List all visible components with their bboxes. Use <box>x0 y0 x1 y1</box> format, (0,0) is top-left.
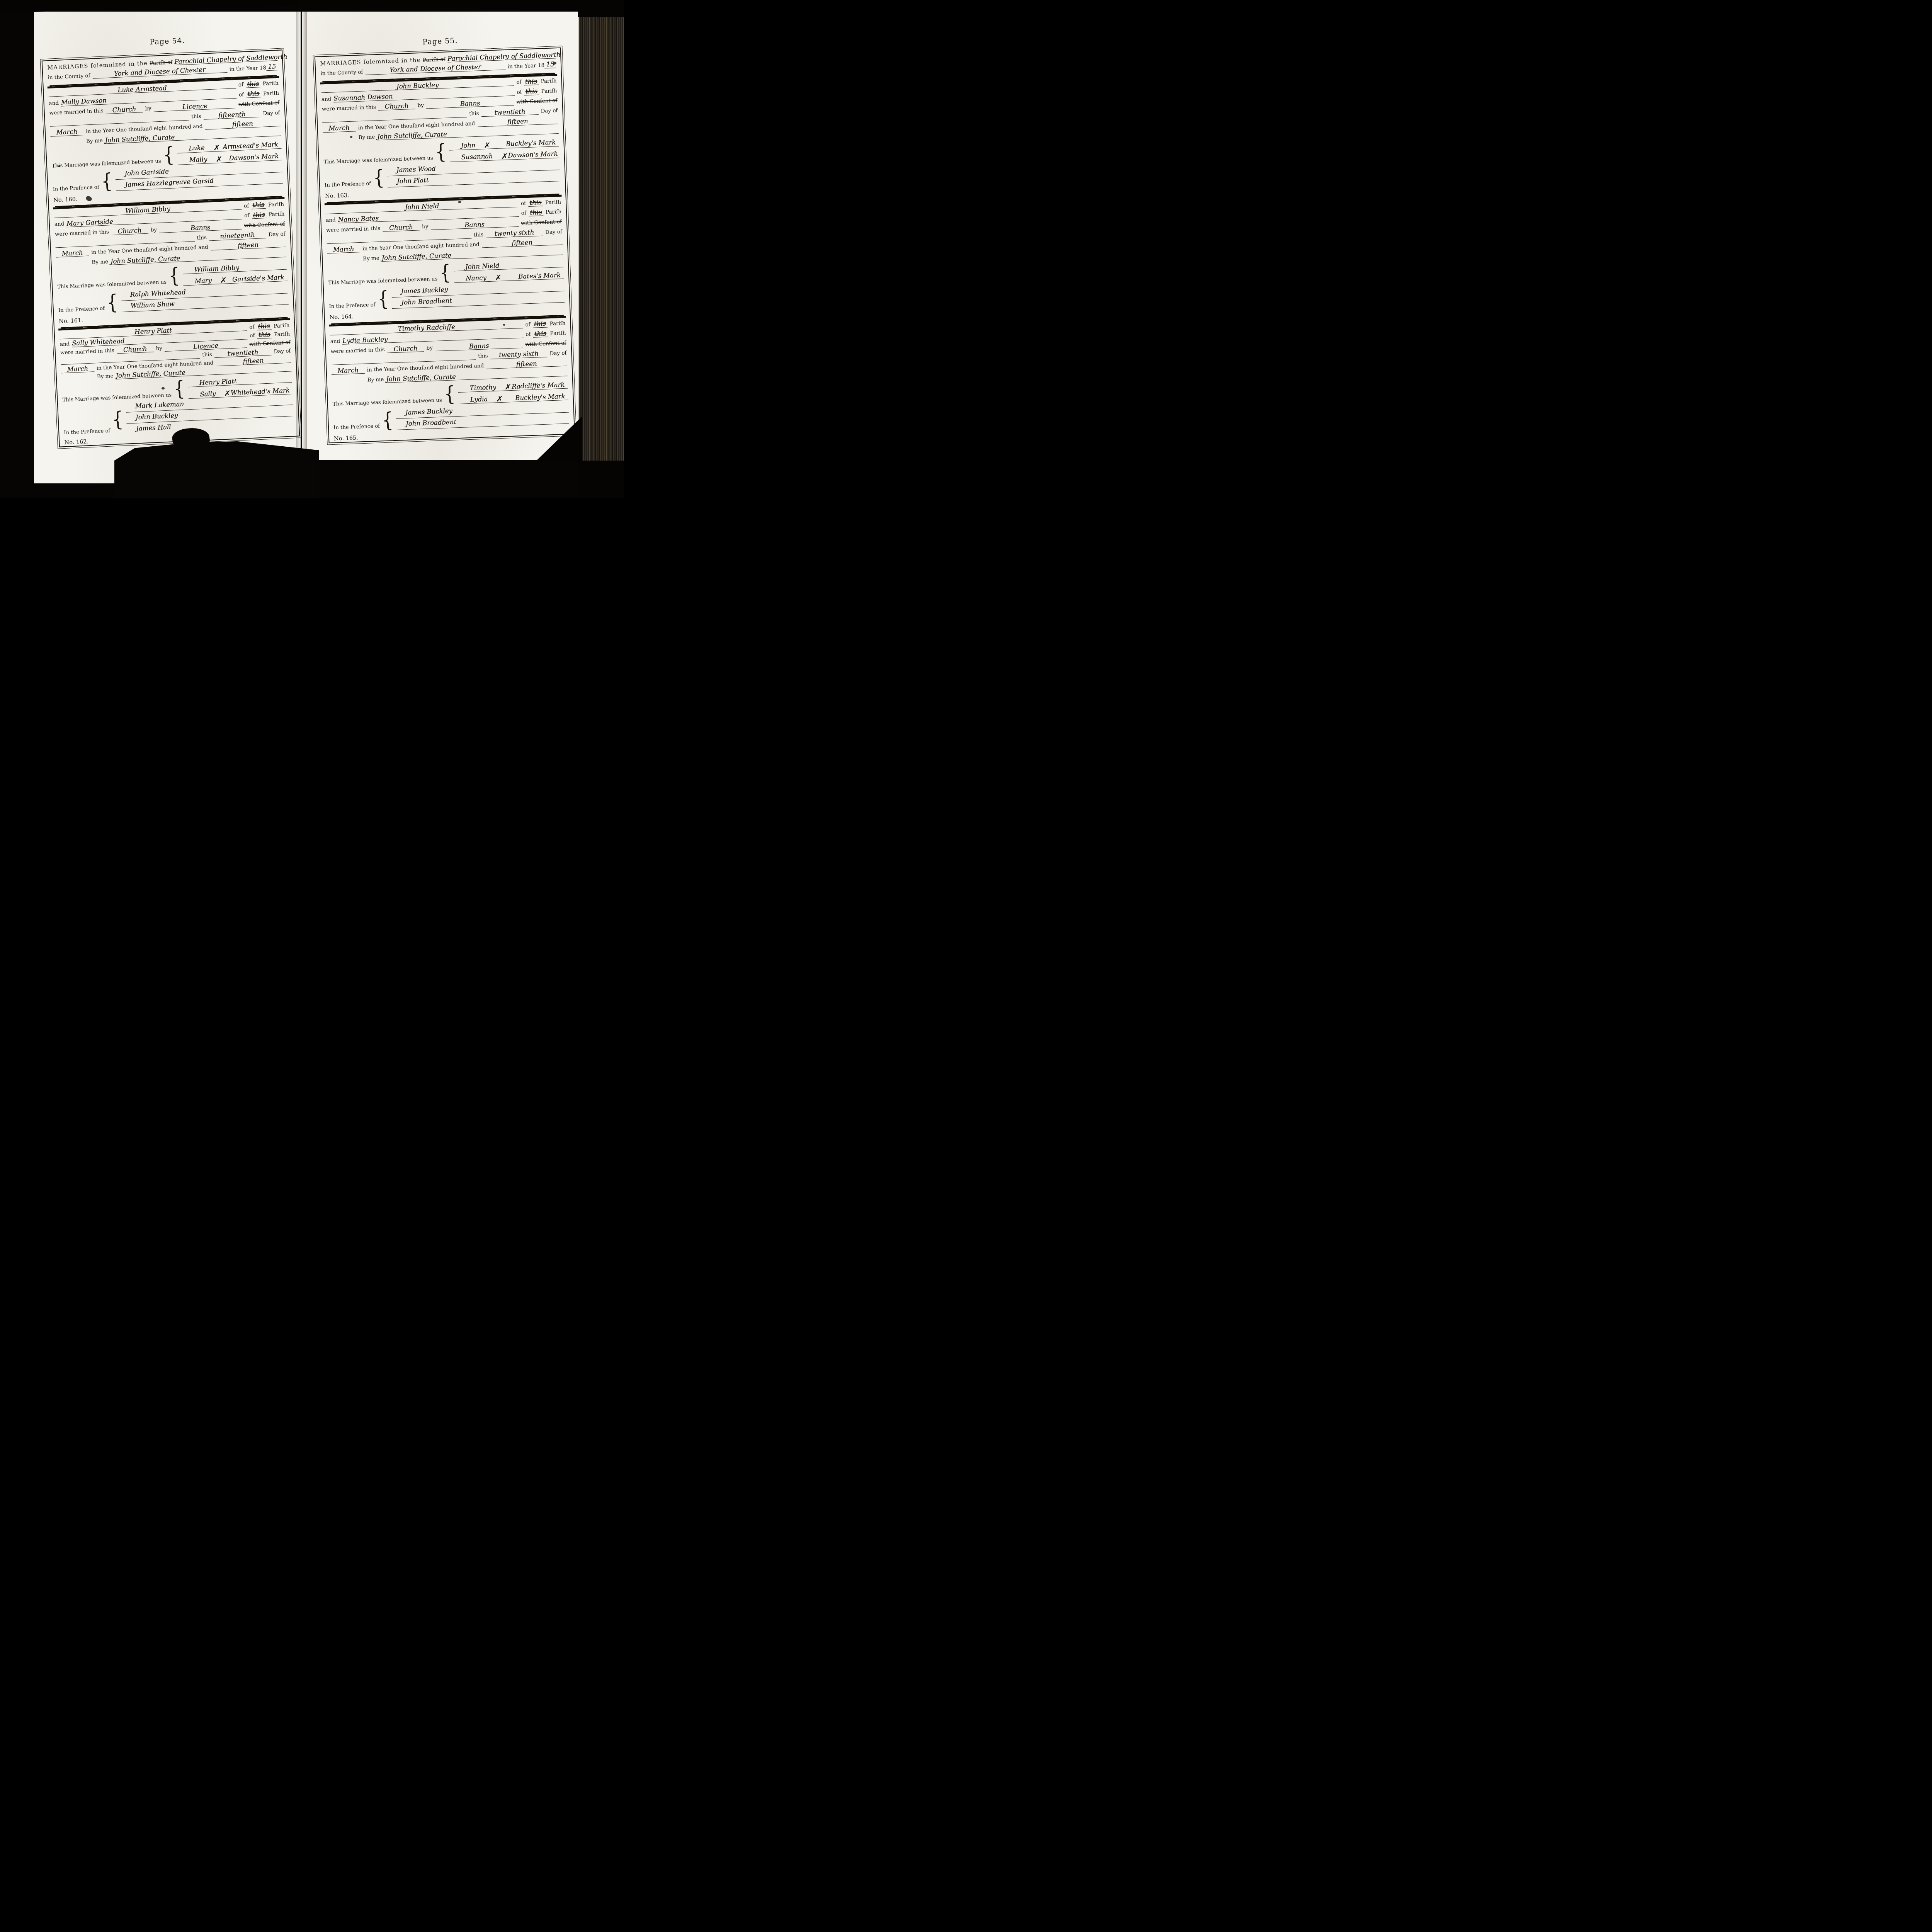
entry-slot: John Buckley of this Pariſh and Susannah… <box>320 74 561 200</box>
party1-name: John <box>461 142 475 149</box>
groom-parish: this <box>246 80 261 88</box>
of-label: of <box>521 200 526 207</box>
by-label: by <box>145 105 151 112</box>
year-prefix-label: in the Year 18 <box>229 65 266 72</box>
party2-name: Susannah <box>461 153 493 161</box>
church-field: Church <box>383 223 420 232</box>
day-field: twenty sixth <box>490 350 548 359</box>
church-field: Church <box>378 102 415 111</box>
party2-name: Lydia <box>470 396 488 403</box>
parties-signatures: Timothy✗Radcliffe's Mark Lydia✗Buckley's… <box>458 379 568 404</box>
page-54: Page 54. MARRIAGES ſolemnized in the Par… <box>34 12 301 483</box>
entry-slot: William Bibby of this Pariſh and Mary Ga… <box>53 197 290 325</box>
parish-label: Pariſh <box>541 78 557 85</box>
parish-of-struck-label: Pariſh of <box>423 56 446 63</box>
brace-icon: { <box>439 264 452 282</box>
parish-label: Pariſh <box>545 199 561 206</box>
parish-of-struck-label: Pariſh of <box>150 60 172 67</box>
groom-parish: this <box>524 78 539 85</box>
entry-slot: Timothy Radcliffe of this Pariſh and Lyd… <box>329 316 570 442</box>
parish-label: Pariſh <box>263 80 279 87</box>
this-label: this <box>191 113 201 120</box>
year-field: 15 <box>266 63 278 71</box>
ink-speck <box>458 201 461 203</box>
witness-signatures: James BuckleyJohn Broadbent <box>396 403 569 430</box>
by-me-label: By me <box>358 134 375 141</box>
x-mark-icon: ✗ <box>224 390 231 396</box>
register-book-scan: Page 54. MARRIAGES ſolemnized in the Par… <box>0 0 624 498</box>
x-mark-icon: ✗ <box>216 156 223 162</box>
party2-mark-label: Gartside's Mark <box>232 274 284 283</box>
presence-label: In the Preſence of <box>64 428 111 437</box>
day-field: twentieth <box>481 108 539 117</box>
party2-name: Mally <box>189 156 207 163</box>
married-prefix-label: were married in this <box>331 347 385 355</box>
and-label: and <box>49 100 59 107</box>
day-field: twenty sixth <box>486 229 543 238</box>
brace-icon: { <box>435 143 447 160</box>
witness-signatures: Mark LakemanJohn BuckleyJames Hall <box>126 396 294 435</box>
day-field: fifteenth <box>203 110 261 120</box>
brace-icon: { <box>444 385 456 403</box>
day-of-label: Day of <box>549 350 567 357</box>
party2-mark-label: Dawson's Mark <box>229 153 279 162</box>
x-mark-icon: ✗ <box>505 384 512 390</box>
party2-mark-label: Bates's Mark <box>518 272 561 280</box>
month-field: March <box>56 249 89 258</box>
parish-label: Pariſh <box>541 88 557 95</box>
brace-icon: { <box>106 293 119 311</box>
by-me-label: By me <box>97 373 114 380</box>
year-word-field: fifteen <box>210 240 286 251</box>
of-label: of <box>521 210 527 217</box>
spacer <box>323 141 356 143</box>
of-label: of <box>244 202 249 209</box>
marriage-record: Luke Armstead of this Pariſh and Mally D… <box>48 78 284 205</box>
married-prefix-label: were married in this <box>60 347 115 356</box>
marriage-record: Timothy Radcliffe of this Pariſh and Lyd… <box>329 319 571 443</box>
consent-struck-label: with Conſent of <box>525 340 566 348</box>
marriage-record: Henry Platt of this Pariſh and Sally Whi… <box>58 321 295 447</box>
consent-struck-label: with Conſent of <box>249 339 291 348</box>
consent-struck-label: with Conſent of <box>244 221 285 230</box>
ink-speck <box>266 343 268 345</box>
bride-parish: this <box>533 330 548 338</box>
by-method-field: Banns <box>435 341 523 351</box>
spacer <box>51 145 84 146</box>
witness-signatures: John GartsideJames Hazzlegreave Garsid <box>115 163 283 191</box>
page-number-label: Page 54. <box>34 31 301 51</box>
register-form-frame: MARRIAGES ſolemnized in the Pariſh of Pa… <box>315 48 575 444</box>
spacer <box>328 262 361 264</box>
solemnized-label: This Marriage was ſolemnized between us <box>328 276 437 287</box>
of-label: of <box>517 89 522 95</box>
year-word-field: fifteen <box>486 359 567 369</box>
book-gutter-shadow <box>296 12 307 483</box>
party2-mark-label: Buckley's Mark <box>515 393 565 401</box>
of-label: of <box>239 92 244 99</box>
parish-label: Pariſh <box>263 90 279 97</box>
of-label: of <box>516 79 522 85</box>
parties-signatures: John✗Buckley's Mark Susannah✗Dawson's Ma… <box>449 137 560 162</box>
x-mark-icon: ✗ <box>484 142 491 148</box>
scan-black-edge-top-left <box>0 0 301 13</box>
by-label: by <box>422 224 429 231</box>
bride-parish: this <box>524 88 539 95</box>
spacer <box>61 381 95 382</box>
ink-speck <box>503 324 505 326</box>
by-method-field: Banns <box>430 220 519 230</box>
solemnized-label: This Marriage was ſolemnized between us <box>324 155 433 167</box>
month-field: March <box>50 128 84 136</box>
spacer <box>56 266 90 268</box>
record-number: No. 160. <box>53 196 78 204</box>
consent-struck-label: with Conſent of <box>238 100 280 108</box>
brace-icon: { <box>112 410 124 428</box>
parties-signatures: John Nield Nancy✗Bates's Mark <box>454 258 564 283</box>
of-label: of <box>238 82 243 88</box>
year-prefix-label: in the Year 18 <box>507 62 544 70</box>
year-word-field: fifteen <box>481 238 563 248</box>
brace-icon: { <box>382 411 395 429</box>
x-mark-icon: ✗ <box>220 277 227 284</box>
party1-name: Luke <box>189 145 205 152</box>
entry-slot: Luke Armstead of this Pariſh and Mally D… <box>48 76 284 204</box>
married-prefix-label: were married in this <box>322 104 376 113</box>
witness-signatures: James BuckleyJohn Broadbent <box>391 282 565 309</box>
brace-icon: { <box>163 146 175 163</box>
parties-signatures: William Bibby Mary✗Gartside's Mark <box>182 260 287 286</box>
day-of-label: Day of <box>545 229 563 236</box>
party2-line: Mally✗Dawson's Mark <box>177 150 282 165</box>
day-of-label: Day of <box>268 231 286 238</box>
parties-signatures: Henry Platt Sally✗Whitehead's Mark <box>187 373 293 399</box>
parish-label: Pariſh <box>269 211 285 218</box>
county-prefix-label: in the County of <box>48 73 90 81</box>
this-label: this <box>478 353 488 360</box>
and-label: and <box>60 341 70 348</box>
of-label: of <box>526 331 531 338</box>
presence-label: In the Preſence of <box>333 423 380 432</box>
this-label: this <box>202 352 212 359</box>
and-label: and <box>54 221 65 228</box>
by-me-label: By me <box>367 376 384 384</box>
brace-icon: { <box>377 290 390 308</box>
party2-line: Nancy✗Bates's Mark <box>454 269 564 283</box>
parties-signatures: Luke✗Armstead's Mark Mally✗Dawson's Mark <box>177 139 282 165</box>
record-number: No. 161. <box>59 318 83 325</box>
parish-label: Pariſh <box>274 322 290 330</box>
church-field: Church <box>116 345 154 354</box>
ink-speck <box>58 165 60 167</box>
entry-slot: John Nield of this Pariſh and Nancy Bate… <box>325 195 566 321</box>
party1-name: Henry Platt <box>199 378 237 386</box>
groom-parish: this <box>532 320 548 328</box>
day-field: nineteenth <box>209 231 266 241</box>
groom-parish: this <box>251 201 266 209</box>
x-mark-icon: ✗ <box>496 396 503 402</box>
consent-struck-label: with Conſent of <box>516 97 558 105</box>
party1-name: Timothy <box>469 384 496 391</box>
consent-struck-label: with Conſent of <box>521 219 562 227</box>
bride-parish: this <box>257 331 272 339</box>
ink-speck <box>162 387 165 389</box>
this-label: this <box>473 231 483 238</box>
county-prefix-label: in the County of <box>320 69 363 77</box>
year-word-field: fifteen <box>205 119 281 129</box>
married-prefix-label: were married in this <box>55 229 109 238</box>
groom-parish: this <box>528 199 543 207</box>
bride-parish: this <box>252 211 267 219</box>
brace-icon: { <box>168 267 181 284</box>
bride-parish: this <box>529 209 544 217</box>
chapelry-field: Parochial Chapelry of Saddleworth <box>447 51 556 63</box>
party1-mark-label: Armstead's Mark <box>223 141 278 150</box>
day-of-label: Day of <box>541 107 558 115</box>
of-label: of <box>249 324 255 331</box>
parish-label: Pariſh <box>550 330 566 337</box>
married-prefix-label: were married in this <box>49 108 104 117</box>
record-number: No. 162. <box>64 439 88 446</box>
party1-line: John Nield <box>454 258 564 271</box>
month-field: March <box>322 124 356 133</box>
register-form-frame: MARRIAGES ſolemnized in the Pariſh of Pa… <box>42 49 300 447</box>
book-page-stack-edge <box>578 0 624 498</box>
married-prefix-label: were married in this <box>326 225 380 234</box>
x-mark-icon: ✗ <box>501 153 508 159</box>
by-me-label: By me <box>363 255 379 262</box>
ink-blot <box>114 441 319 498</box>
year-line-label: in the Year One thouſand eight hundred a… <box>367 363 484 374</box>
month-field: March <box>61 365 95 373</box>
presence-label: In the Preſence of <box>58 306 105 315</box>
entry-slot: Henry Platt of this Pariſh and Sally Whi… <box>58 318 295 446</box>
parish-label: Pariſh <box>546 209 562 216</box>
by-label: by <box>417 102 424 109</box>
party1-line: Timothy✗Radcliffe's Mark <box>458 379 568 393</box>
marriage-record: John Buckley of this Pariſh and Susannah… <box>320 77 562 201</box>
marriage-record: William Bibby of this Pariſh and Mary Ga… <box>53 200 290 326</box>
record-number: No. 163. <box>325 192 349 200</box>
of-label: of <box>244 213 250 219</box>
presence-label: In the Preſence of <box>329 302 376 311</box>
party2-line: Lydia✗Buckley's Mark <box>458 391 568 404</box>
month-field: March <box>327 245 361 253</box>
year-line-label: in the Year One thouſand eight hundred a… <box>358 121 475 131</box>
by-label: by <box>150 227 157 234</box>
party2-mark-label: Whitehead's Mark <box>231 387 290 396</box>
solemnized-label: This Marriage was ſolemnized between us <box>333 398 442 409</box>
month-field: March <box>331 367 365 375</box>
party1-mark-label: Radcliffe's Mark <box>512 381 565 390</box>
spacer <box>332 384 365 385</box>
party2-mark-label: Dawson's Mark <box>508 150 558 159</box>
scan-black-edge-top-right <box>309 0 624 12</box>
this-label: this <box>469 110 479 117</box>
day-of-label: Day of <box>263 110 280 117</box>
party2-name: Mary <box>195 277 212 284</box>
church-field: Church <box>111 226 148 235</box>
parish-label: Pariſh <box>549 320 566 327</box>
marriage-record: John Nield of this Pariſh and Nancy Bate… <box>325 197 566 322</box>
presence-label: In the Preſence of <box>325 181 371 190</box>
by-me-label: By me <box>86 138 103 145</box>
groom-parish: this <box>257 323 272 330</box>
witness-signatures: Ralph WhiteheadWilliam Shaw <box>121 284 289 312</box>
and-label: and <box>321 96 332 103</box>
parish-label: Pariſh <box>274 331 290 338</box>
party1-line: John✗Buckley's Mark <box>449 137 559 150</box>
ink-speck <box>350 136 352 138</box>
year-word-field: fifteen <box>477 117 558 127</box>
party1-mark-label: Buckley's Mark <box>506 139 556 148</box>
bride-parish: this <box>246 90 261 98</box>
party1-name: William Bibby <box>194 264 239 273</box>
of-label: of <box>525 321 531 328</box>
witness-signatures: James WoodJohn Platt <box>387 161 560 187</box>
presence-label: In the Preſence of <box>53 184 99 194</box>
by-method-field: Banns <box>426 99 514 109</box>
church-field: Church <box>105 105 143 114</box>
x-mark-icon: ✗ <box>213 145 220 151</box>
record-number: No. 165. <box>334 435 358 442</box>
by-me-label: By me <box>92 259 108 266</box>
brace-icon: { <box>173 380 186 398</box>
record-number: No. 164. <box>329 314 354 321</box>
and-label: and <box>330 338 340 345</box>
this-label: this <box>197 235 207 241</box>
brace-icon: { <box>373 169 386 187</box>
by-label: by <box>156 345 162 352</box>
party2-line: Susannah✗Dawson's Mark <box>449 148 560 162</box>
by-label: by <box>426 345 433 352</box>
party1-name: John Nield <box>465 262 500 270</box>
day-of-label: Day of <box>274 348 291 355</box>
page-55: Page 55. MARRIAGES ſolemnized in the Par… <box>302 12 578 460</box>
church-field: Church <box>387 345 424 353</box>
by-method-field: Licence <box>153 101 236 112</box>
brace-icon: { <box>101 172 114 190</box>
form-header: MARRIAGES ſolemnized in the Pariſh of Pa… <box>319 48 557 79</box>
party2-name: Nancy <box>466 274 486 282</box>
x-mark-icon: ✗ <box>495 274 502 281</box>
party2-name: Sally <box>200 390 216 398</box>
party2-line: Mary✗Gartside's Mark <box>183 272 287 286</box>
and-label: and <box>326 217 336 224</box>
parish-label: Pariſh <box>268 201 284 208</box>
of-label: of <box>250 332 255 339</box>
year-line-label: in the Year One thouſand eight hundred a… <box>362 241 480 252</box>
by-method-field: Banns <box>159 222 242 233</box>
